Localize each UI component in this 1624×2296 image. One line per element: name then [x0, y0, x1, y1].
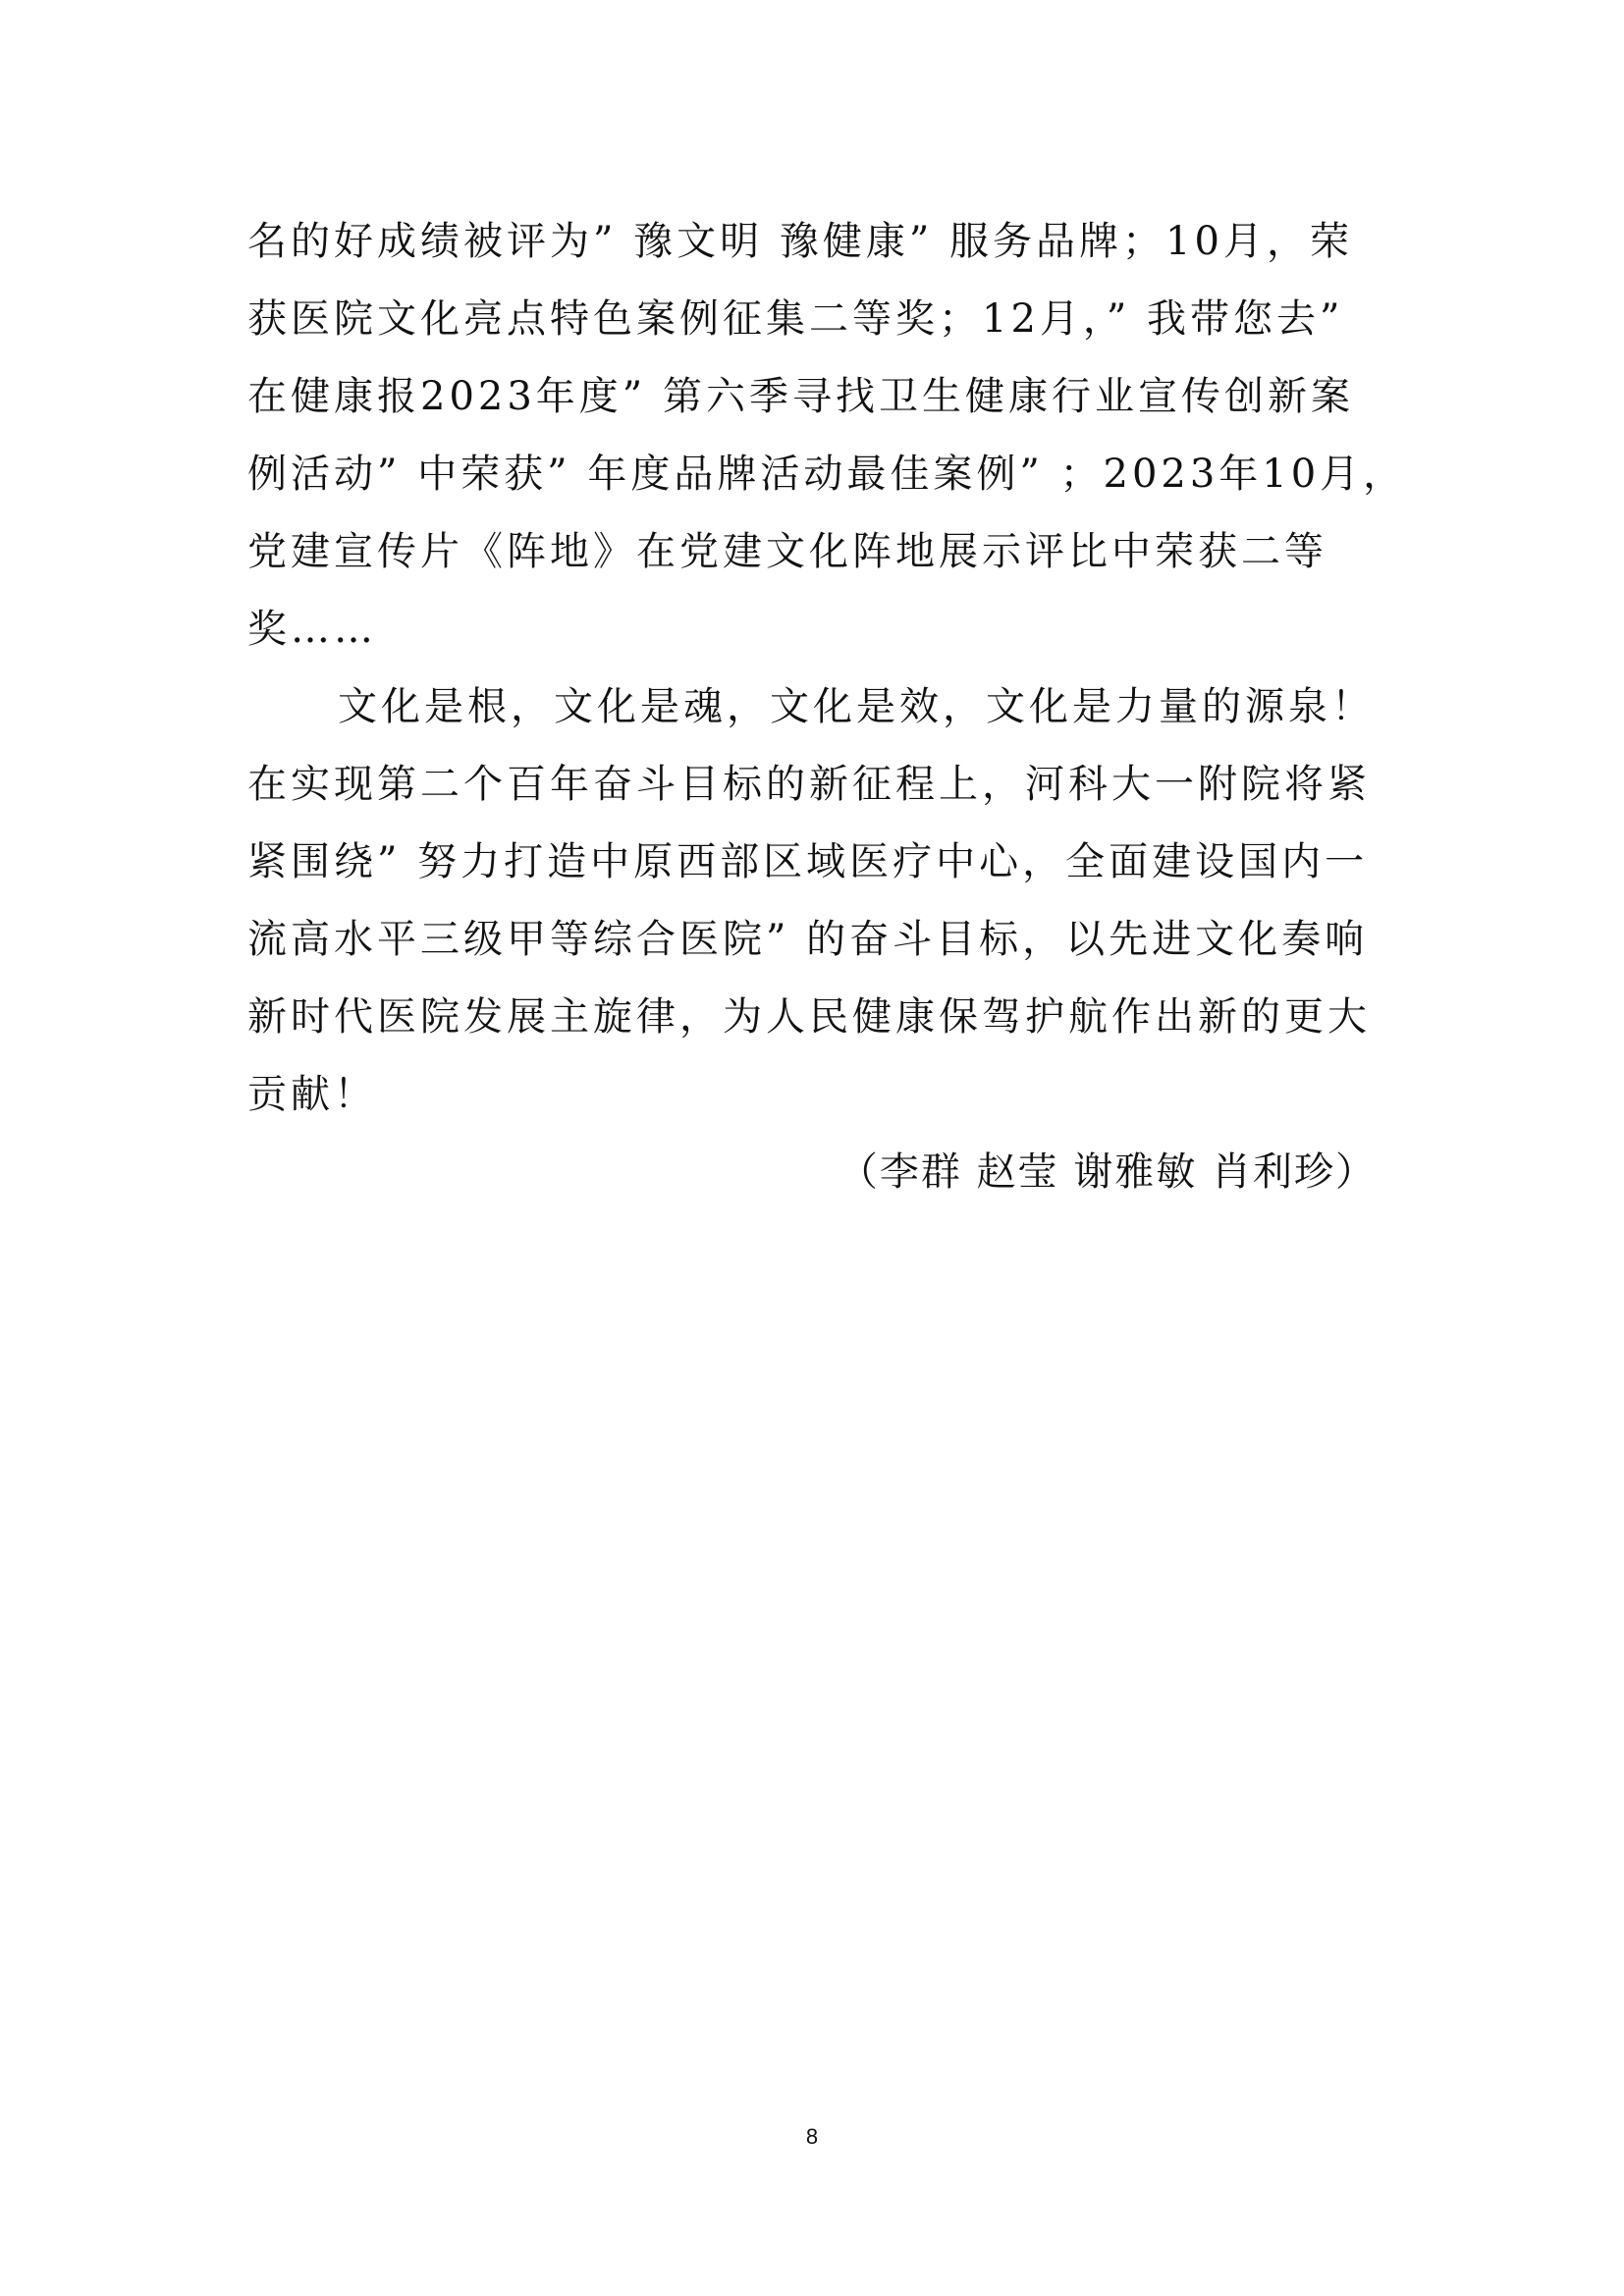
- page-number: 8: [0, 2124, 1624, 2150]
- article-body: 名的好成绩被评为” 豫文明 豫健康” 服务品牌；10月，荣 获医院文化亮点特色案…: [247, 203, 1386, 1211]
- author-credits: （李群 赵莹 谢雅敏 肖利珍）: [247, 1134, 1386, 1211]
- text-line: 文化是根，文化是魂，文化是效，文化是力量的源泉！: [247, 668, 1386, 746]
- text-line: 党建宣传片《阵地》在党建文化阵地展示评比中荣获二等: [247, 513, 1386, 591]
- text-line: 获医院文化亮点特色案例征集二等奖；12月，” 我带您去”: [247, 281, 1386, 358]
- text-line: 奖……: [247, 591, 1386, 668]
- text-line: 紧围绕” 努力打造中原西部区域医疗中心，全面建设国内一: [247, 824, 1386, 901]
- text-line: 新时代医院发展主旋律，为人民健康保驾护航作出新的更大: [247, 979, 1386, 1056]
- text-line: 名的好成绩被评为” 豫文明 豫健康” 服务品牌；10月，荣: [247, 203, 1386, 281]
- text-line: 在健康报2023年度” 第六季寻找卫生健康行业宣传创新案: [247, 358, 1386, 436]
- paragraph-conclusion: 文化是根，文化是魂，文化是效，文化是力量的源泉！ 在实现第二个百年奋斗目标的新征…: [247, 668, 1386, 1134]
- text-line: 贡献！: [247, 1056, 1386, 1134]
- document-page: 名的好成绩被评为” 豫文明 豫健康” 服务品牌；10月，荣 获医院文化亮点特色案…: [0, 0, 1624, 2296]
- paragraph-awards: 名的好成绩被评为” 豫文明 豫健康” 服务品牌；10月，荣 获医院文化亮点特色案…: [247, 203, 1386, 668]
- text-line: 在实现第二个百年奋斗目标的新征程上，河科大一附院将紧: [247, 746, 1386, 824]
- text-line: 例活动” 中荣获” 年度品牌活动最佳案例” ；2023年10月，: [247, 436, 1386, 513]
- text-line: 流高水平三级甲等综合医院” 的奋斗目标，以先进文化奏响: [247, 901, 1386, 979]
